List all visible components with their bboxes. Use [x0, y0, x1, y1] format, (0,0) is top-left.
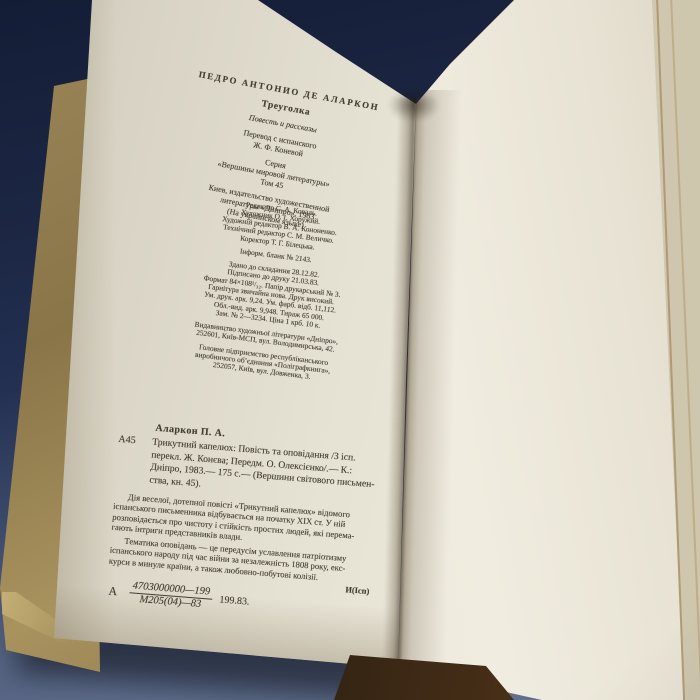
formula-prefix: А — [108, 584, 118, 599]
catalog-card: Аларкон П. А. А45 Трикутний капелюх: Пов… — [106, 420, 422, 627]
formula-result: 199.83. — [219, 594, 250, 609]
imprint-block-lower: Редактор С. А. Коваль. Художник О. І. Хо… — [137, 190, 406, 391]
book-photo: ПЕДРО АНТОНИО ДЕ АЛАРКОН Треуголка Повес… — [0, 0, 700, 700]
catalog-index: А45 — [118, 434, 153, 449]
classification-code: И(Ісп) — [345, 585, 370, 597]
gutter-top-shadow — [388, 88, 440, 122]
